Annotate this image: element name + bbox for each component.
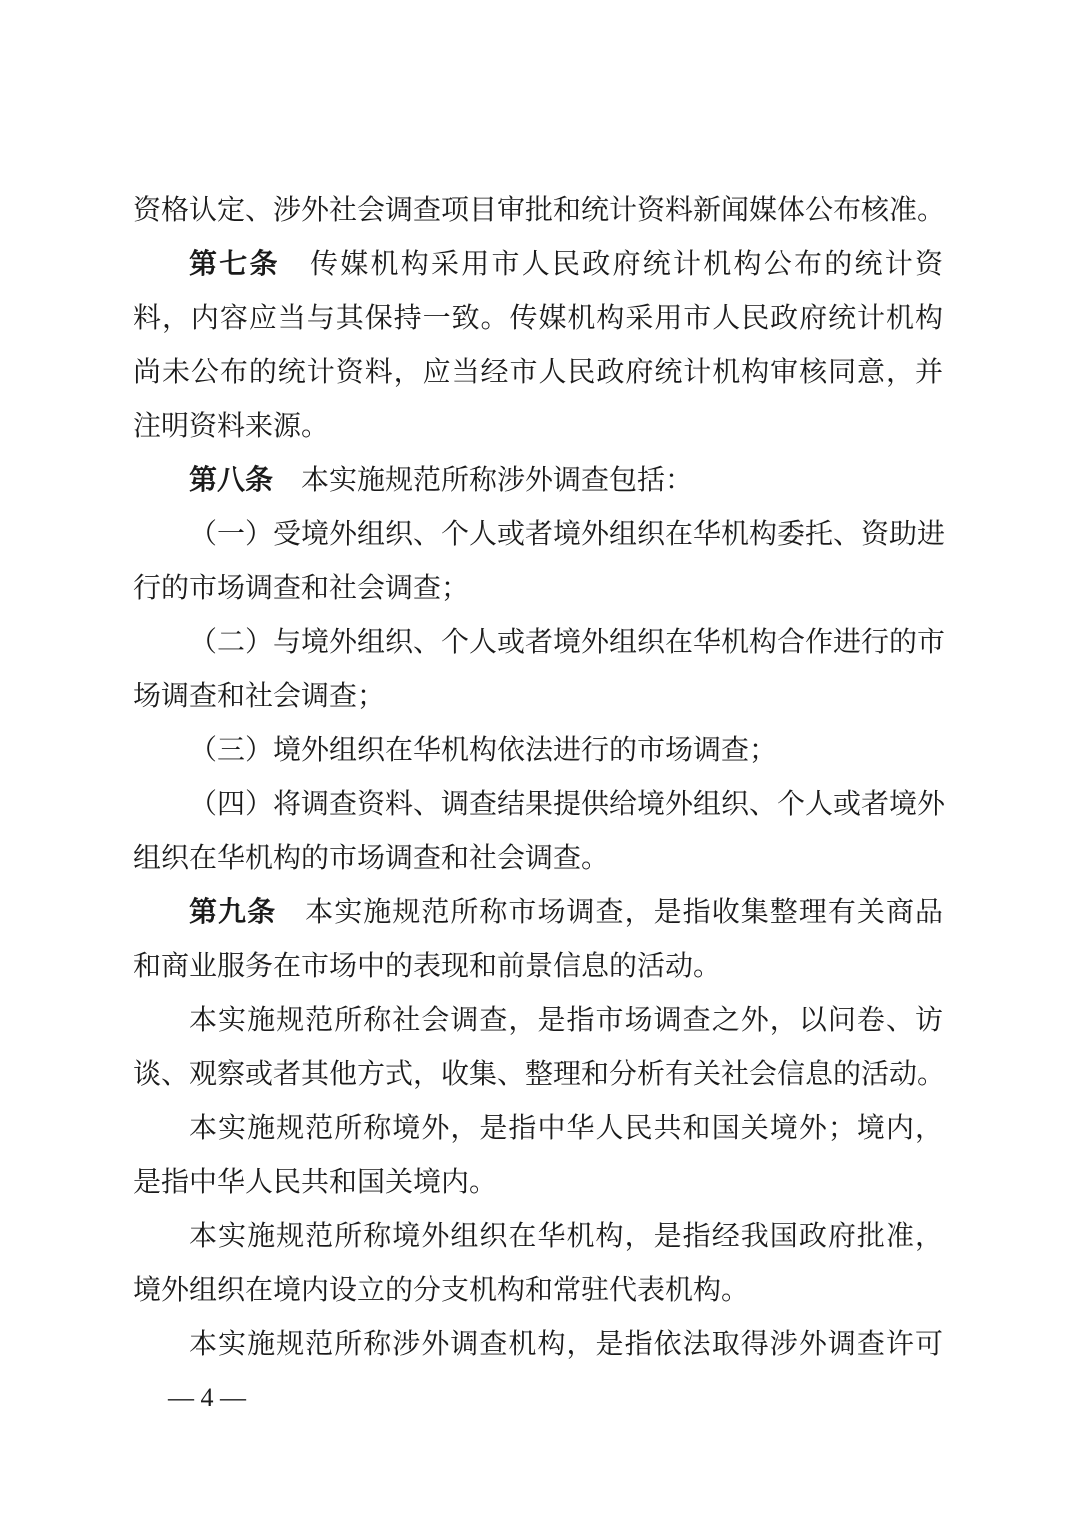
text-line: 是指中华人民共和国关境内。 [133, 1162, 943, 1202]
text-line: 组织在华机构的市场调查和社会调查。 [133, 838, 943, 878]
article-text: 本实施规范所称涉外调查包括： [301, 463, 693, 496]
article-text: 传媒机构采用市人民政府统计机构公布的统计资 [308, 247, 943, 280]
list-item-line: （一）受境外组织、个人或者境外组织在华机构委托、资助进 [189, 514, 943, 554]
list-item-line: （四）将调查资料、调查结果提供给境外组织、个人或者境外 [189, 784, 943, 824]
text-line: 谈、观察或者其他方式，收集、整理和分析有关社会信息的活动。 [133, 1054, 943, 1094]
text-line: 本实施规范所称涉外调查机构，是指依法取得涉外调查许可 [189, 1324, 943, 1364]
article-heading: 第九条 [189, 895, 276, 928]
list-item-line: （二）与境外组织、个人或者境外组织在华机构合作进行的市 [189, 622, 943, 662]
page-number: — 4 — [168, 1380, 246, 1416]
text-line: 本实施规范所称境外，是指中华人民共和国关境外；境内， [189, 1108, 943, 1148]
text-line: 境外组织在境内设立的分支机构和常驻代表机构。 [133, 1270, 943, 1310]
article-7-line: 第七条传媒机构采用市人民政府统计机构公布的统计资 [189, 244, 943, 284]
text-line: 和商业服务在市场中的表现和前景信息的活动。 [133, 946, 943, 986]
text-line: 尚未公布的统计资料，应当经市人民政府统计机构审核同意，并 [133, 352, 943, 392]
text-line: 本实施规范所称社会调查，是指市场调查之外，以问卷、访 [189, 1000, 943, 1040]
document-page: 资格认定、涉外社会调查项目审批和统计资料新闻媒体公布核准。 第七条传媒机构采用市… [0, 0, 1074, 1520]
text-line: 本实施规范所称境外组织在华机构，是指经我国政府批准， [189, 1216, 943, 1256]
article-9-line: 第九条本实施规范所称市场调查，是指收集整理有关商品 [189, 892, 943, 932]
article-8-line: 第八条本实施规范所称涉外调查包括： [189, 460, 943, 500]
text-line: 场调查和社会调查； [133, 676, 943, 716]
text-line: 资格认定、涉外社会调查项目审批和统计资料新闻媒体公布核准。 [133, 190, 943, 230]
list-item-line: （三）境外组织在华机构依法进行的市场调查； [189, 730, 943, 770]
article-text: 本实施规范所称市场调查，是指收集整理有关商品 [304, 895, 943, 928]
article-heading: 第七条 [189, 247, 280, 280]
article-heading: 第八条 [189, 463, 273, 496]
text-line: 行的市场调查和社会调查； [133, 568, 943, 608]
text-line: 料，内容应当与其保持一致。传媒机构采用市人民政府统计机构 [133, 298, 943, 338]
text-line: 注明资料来源。 [133, 406, 943, 446]
